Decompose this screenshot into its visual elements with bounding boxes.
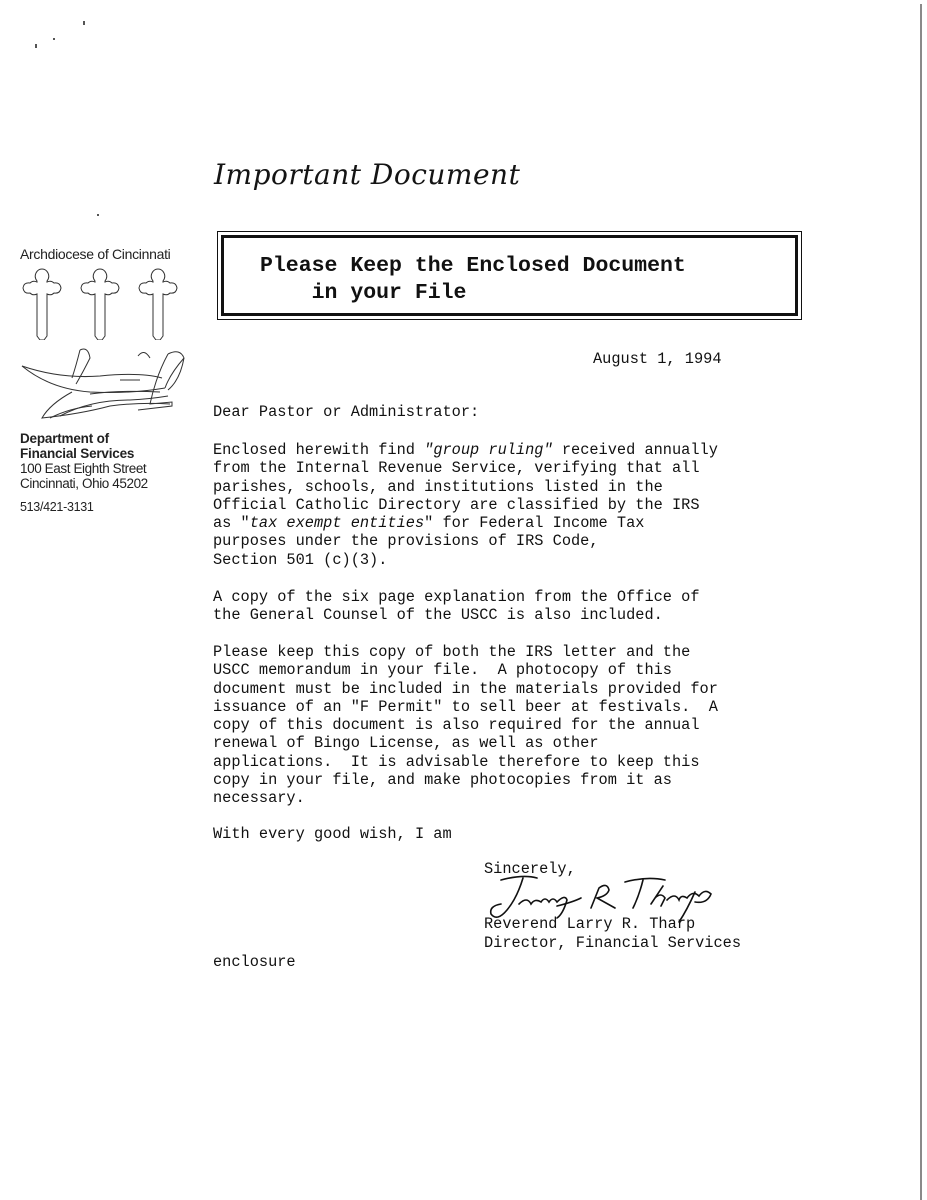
emphasis-group-ruling: "group ruling" (424, 441, 553, 459)
text-line: applications. It is advisable therefore … (213, 753, 718, 771)
scan-speck (83, 21, 85, 25)
text-line: parishes, schools, and institutions list… (213, 478, 718, 496)
notice-text: Please Keep the Enclosed Document in you… (260, 253, 686, 307)
notice-line-2: in your File (260, 281, 466, 305)
enclosure-note: enclosure (213, 953, 296, 971)
emphasis-tax-exempt: tax exempt entities (250, 514, 424, 532)
department-name: Department of Financial Services (20, 431, 200, 461)
department-line-1: Department of (20, 431, 200, 446)
text: Enclosed herewith find (213, 441, 424, 459)
signer-title: Director, Financial Services (484, 934, 741, 952)
text-line: renewal of Bingo License, as well as oth… (213, 734, 718, 752)
text-line: copy of this document is also required f… (213, 716, 718, 734)
document-heading: Important Document (214, 158, 520, 191)
text-line: A copy of the six page explanation from … (213, 588, 700, 606)
phone-number: 513/421-3131 (20, 500, 200, 514)
address-line-1: 100 East Eighth Street (20, 461, 200, 476)
text-line: document must be included in the materia… (213, 680, 718, 698)
salutation: Dear Pastor or Administrator: (213, 403, 479, 421)
scan-speck (53, 38, 55, 40)
paragraph-uscc-explanation: A copy of the six page explanation from … (213, 588, 700, 625)
text-line: the General Counsel of the USCC is also … (213, 606, 700, 624)
text-line: necessary. (213, 789, 718, 807)
text-line: Please keep this copy of both the IRS le… (213, 643, 718, 661)
scan-speck (35, 44, 37, 48)
text-line: purposes under the provisions of IRS Cod… (213, 532, 718, 550)
notice-box: Please Keep the Enclosed Document in you… (217, 231, 802, 320)
text-line: Official Catholic Directory are classifi… (213, 496, 718, 514)
page-edge-line (920, 4, 922, 1200)
notice-line-1: Please Keep the Enclosed Document (260, 254, 686, 278)
text-line: USCC memorandum in your file. A photocop… (213, 661, 718, 679)
organization-name: Archdiocese of Cincinnati (20, 246, 200, 262)
text: as " (213, 514, 250, 532)
text: received annually (553, 441, 718, 459)
text-line: copy in your file, and make photocopies … (213, 771, 718, 789)
letterhead: Archdiocese of Cincinnati (20, 246, 200, 514)
boat-logo-icon (20, 344, 200, 429)
crosses-logo (20, 268, 200, 340)
letter-date: August 1, 1994 (593, 350, 722, 368)
address: 100 East Eighth Street Cincinnati, Ohio … (20, 461, 200, 491)
text: " for Federal Income Tax (424, 514, 644, 532)
notice-inner-border: Please Keep the Enclosed Document in you… (221, 235, 798, 316)
department-line-2: Financial Services (20, 446, 200, 461)
scan-speck (97, 214, 99, 216)
address-line-2: Cincinnati, Ohio 45202 (20, 476, 200, 491)
paragraph-group-ruling: Enclosed herewith find "group ruling" re… (213, 441, 718, 569)
paragraph-keep-copy: Please keep this copy of both the IRS le… (213, 643, 718, 807)
signer-name: Reverend Larry R. Tharp (484, 915, 695, 933)
closing-line: With every good wish, I am (213, 825, 452, 843)
text-line: Section 501 (c)(3). (213, 551, 718, 569)
text-line: from the Internal Revenue Service, verif… (213, 459, 718, 477)
text-line: issuance of an "F Permit" to sell beer a… (213, 698, 718, 716)
cross-icon (20, 268, 180, 340)
